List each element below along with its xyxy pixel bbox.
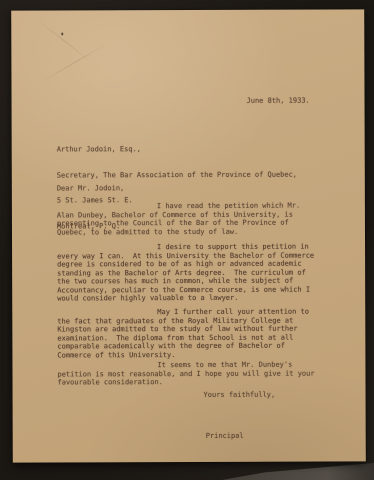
scanner-bed-artifact xyxy=(222,463,374,480)
scanned-letter-page: June 8th, 1933. Arthur Jodoin, Esq., Sec… xyxy=(0,0,374,480)
letter-date: June 8th, 1933. xyxy=(247,97,310,106)
body-paragraph-4: It seems to me that Mr. Dunbey's petitio… xyxy=(57,361,316,387)
recipient-name: Arthur Jodoin, Esq., xyxy=(57,145,327,154)
paper-speck xyxy=(61,32,63,35)
closing-line: Yours faithfully, xyxy=(204,391,276,400)
letter-paper: June 8th, 1933. Arthur Jodoin, Esq., Sec… xyxy=(11,9,366,462)
body-paragraph-1: I have read the petition which Mr. Alan … xyxy=(57,202,316,237)
recipient-title: Secretary, The Bar Association of the Pr… xyxy=(57,170,327,179)
paper-crease xyxy=(37,41,111,85)
signature-title: Principal xyxy=(206,432,244,441)
body-paragraph-3: May I further call your attention to the… xyxy=(57,308,316,360)
paper-crease xyxy=(36,19,92,63)
body-paragraph-2: I desire to support this petition in eve… xyxy=(57,243,316,303)
salutation: Dear Mr. Jodoin, xyxy=(57,184,124,193)
